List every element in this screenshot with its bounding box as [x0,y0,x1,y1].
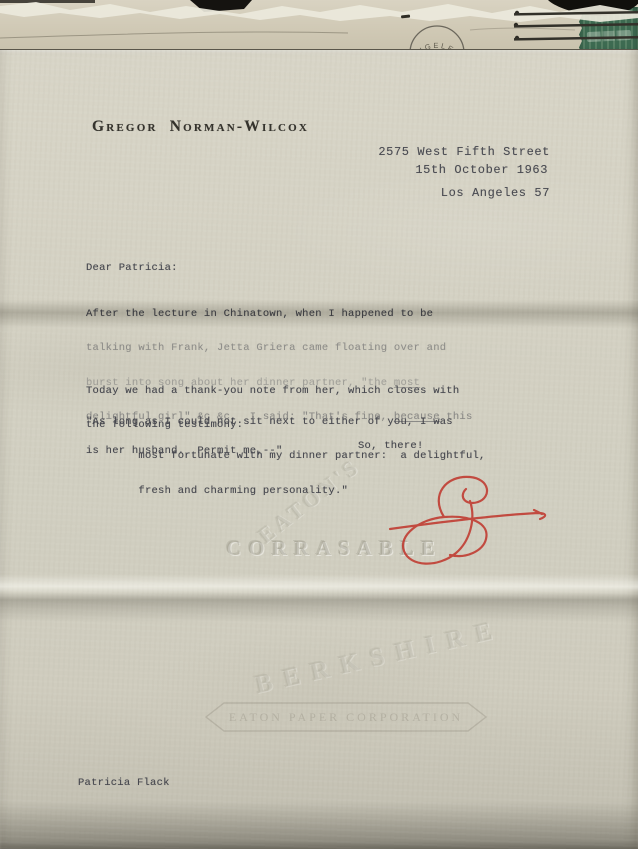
letter-line: most fortunate with my dinner partner: a… [86,451,486,462]
closing-remark: So, there! [358,441,424,452]
address-line-1: 2575 West Fifth Street [378,146,550,160]
address-line-2: Los Angeles 57 [378,187,550,201]
line-text: After the lecture in Chinatown, when I h… [86,308,433,320]
letter-line: "As long as I could not sit next to eith… [86,417,486,428]
letter-line: After the lecture in Chinatown, when I h… [86,309,473,320]
typed-recipient-name: Patricia Flack [78,778,170,789]
letterhead-name: Gregor Norman-Wilcox [92,118,309,136]
line-text: talking with Frank, Jetta Griera came fl… [86,342,446,354]
letter-line-faded: talking with Frank, Jetta Griera came fl… [86,343,473,354]
watermark-banner-text: EATON PAPER CORPORATION [229,710,463,724]
scanned-letter-page: ANGELES. C EATON'S CORRASABLE BERKSHIRE … [0,0,638,849]
letter-date: 15th October 1963 [415,163,548,177]
envelope-crease [0,32,348,38]
watermark-banner: EATON PAPER CORPORATION [196,698,496,736]
torn-gap-icon [0,0,95,3]
torn-paper-edge [0,2,638,22]
letter-sheet: EATON'S CORRASABLE BERKSHIRE EATON PAPER… [0,49,638,849]
signature-icon [386,467,566,582]
envelope-crease [470,28,575,30]
watermark-line: BERKSHIRE [252,614,506,700]
salutation: Dear Patricia: [86,263,178,274]
